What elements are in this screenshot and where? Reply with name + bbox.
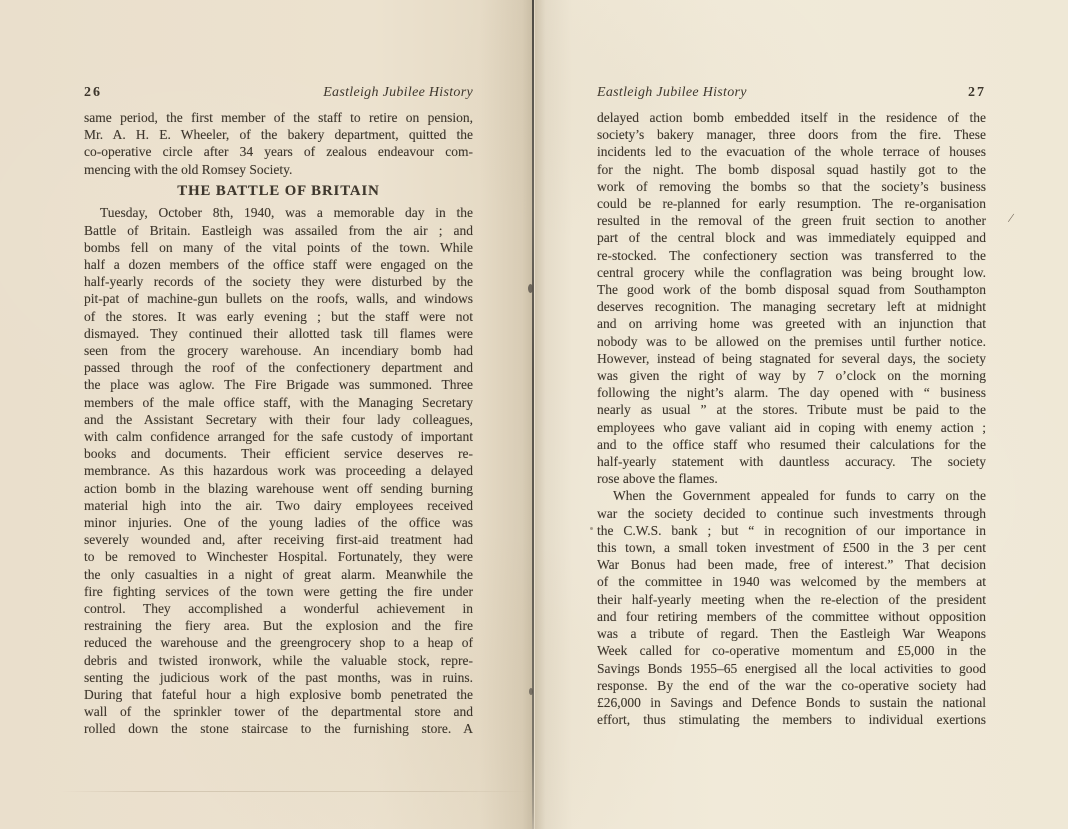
text-line: members of the male office staff, with t… — [84, 394, 473, 411]
paragraph: Tuesday, October 8th, 1940, was a memora… — [84, 204, 473, 737]
text-line: wall of the sprinkler tower of the depar… — [84, 703, 473, 720]
left-page-text-column: same period, the first member of the sta… — [84, 109, 473, 738]
text-line: senting the judicious work of the past m… — [84, 669, 473, 686]
text-line: Mr. A. H. E. Wheeler, of the bakery depa… — [84, 126, 473, 143]
text-line: and on arriving home was greeted with an… — [597, 315, 986, 332]
text-line: the C.W.S. bank ; but “ in recognition o… — [597, 522, 986, 539]
text-line: central grocery while the conflagration … — [597, 264, 986, 281]
text-line: During that fateful hour a high explosiv… — [84, 686, 473, 703]
gutter-line — [532, 0, 534, 829]
paragraph: When the Government appealed for funds t… — [597, 487, 986, 728]
text-line: resulted in the removal of the green fru… — [597, 212, 986, 229]
text-line: re-stocked. The confectionery section wa… — [597, 247, 986, 264]
text-line: nearly as usual ” at the stores. Tribute… — [597, 401, 986, 418]
text-line: control. They accomplished a wonderful a… — [84, 600, 473, 617]
text-line: nobody was to be allowed on the premises… — [597, 333, 986, 350]
text-line: and to the office staff who resumed thei… — [597, 436, 986, 453]
text-line: was given the right of way by 7 o’clock … — [597, 367, 986, 384]
text-line: delayed action bomb embedded itself in t… — [597, 109, 986, 126]
text-line: membrance. As this hazardous work was pr… — [84, 462, 473, 479]
text-line: could be re-planned for early resumption… — [597, 195, 986, 212]
text-line: half a dozen members of the office staff… — [84, 256, 473, 273]
running-head-left: Eastleigh Jubilee History — [84, 85, 473, 101]
text-line: co-operative circle after 34 years of ze… — [84, 143, 473, 160]
text-line: books and documents. Their efficient ser… — [84, 445, 473, 462]
text-line: War Bonus had been made, free of interes… — [597, 556, 986, 573]
right-page-text-column: delayed action bomb embedded itself in t… — [597, 109, 986, 728]
ink-speck — [590, 527, 593, 530]
text-line: reduced the warehouse and the greengroce… — [84, 634, 473, 651]
text-line: following the night’s alarm. The day ope… — [597, 384, 986, 401]
text-line: Savings Bonds 1955–65 energised all the … — [597, 660, 986, 677]
text-line: material high into the air. Two dairy em… — [84, 497, 473, 514]
text-line: fire fighting services of the town were … — [84, 583, 473, 600]
gutter-speck — [528, 284, 533, 293]
text-line: passed through the roof of the confectio… — [84, 359, 473, 376]
text-line: The good work of the bomb disposal squad… — [597, 281, 986, 298]
paragraph: same period, the first member of the sta… — [84, 109, 473, 178]
text-line: rolled down the stone staircase to the f… — [84, 720, 473, 737]
text-line: the only casualties in a night of great … — [84, 566, 473, 583]
text-line: dismayed. They continued their allotted … — [84, 325, 473, 342]
text-line: half-yearly records of the society they … — [84, 273, 473, 290]
text-line: of the committee in 1940 was welcomed by… — [597, 573, 986, 590]
text-line: debris and twisted ironwork, while the v… — [84, 652, 473, 669]
text-line: However, instead of being stagnated for … — [597, 350, 986, 367]
text-line: pit-pat of machine-gun bullets on the ro… — [84, 290, 473, 307]
text-line: for the night. The bomb disposal squad h… — [597, 161, 986, 178]
text-line: Week called for co-operative momentum an… — [597, 642, 986, 659]
text-line: £26,000 in Savings and Defence Bonds to … — [597, 694, 986, 711]
text-line: deserves recognition. The managing secre… — [597, 298, 986, 315]
page-number-right: 27 — [597, 85, 986, 101]
book-spread: 26 Eastleigh Jubilee History Eastleigh J… — [0, 0, 1068, 829]
gutter-speck — [529, 688, 533, 695]
text-line: action bomb in the blazing warehouse wen… — [84, 480, 473, 497]
text-line: with calm confidence arranged for the sa… — [84, 428, 473, 445]
text-line: part of the central block and was immedi… — [597, 229, 986, 246]
text-line: to be removed to Winchester Hospital. Fo… — [84, 548, 473, 565]
text-line: incidents led to the evacuation of the w… — [597, 143, 986, 160]
text-line: Tuesday, October 8th, 1940, was a memora… — [84, 204, 473, 221]
text-line: response. By the end of the war the co-o… — [597, 677, 986, 694]
text-line: severely wounded and, after receiving fi… — [84, 531, 473, 548]
text-line: work of removing the bombs so that the s… — [597, 178, 986, 195]
text-line: When the Government appealed for funds t… — [597, 487, 986, 504]
page-fold-line — [60, 791, 530, 792]
text-line: of the stores. It was early evening ; bu… — [84, 308, 473, 325]
text-line: their half-yearly meeting when the re-el… — [597, 591, 986, 608]
text-line: minor injuries. One of the young ladies … — [84, 514, 473, 531]
section-heading: THE BATTLE OF BRITAIN — [84, 182, 473, 201]
text-line: and the Assistant Secretary with their f… — [84, 411, 473, 428]
text-line: Battle of Britain. Eastleigh was assaile… — [84, 222, 473, 239]
text-line: effort, thus stimulating the members to … — [597, 711, 986, 728]
text-line: same period, the first member of the sta… — [84, 109, 473, 126]
text-line: and four retiring members of the committ… — [597, 608, 986, 625]
text-line: the place was aglow. The Fire Brigade wa… — [84, 376, 473, 393]
text-line: rose above the flames. — [597, 470, 986, 487]
text-line: was a tribute of regard. Then the Eastle… — [597, 625, 986, 642]
text-line: restraining the fiery area. But the expl… — [84, 617, 473, 634]
text-line: seen from the grocery warehouse. An ince… — [84, 342, 473, 359]
text-line: this town, a small token investment of £… — [597, 539, 986, 556]
text-line: half-yearly statement with dauntless acc… — [597, 453, 986, 470]
paragraph: delayed action bomb embedded itself in t… — [597, 109, 986, 487]
text-line: bombs fell on many of the vital points o… — [84, 239, 473, 256]
text-line: employees who gave valiant aid in coping… — [597, 419, 986, 436]
text-line: mencing with the old Romsey Society. — [84, 161, 473, 178]
text-line: war the society decided to continue such… — [597, 505, 986, 522]
text-line: society’s bakery manager, three doors fr… — [597, 126, 986, 143]
